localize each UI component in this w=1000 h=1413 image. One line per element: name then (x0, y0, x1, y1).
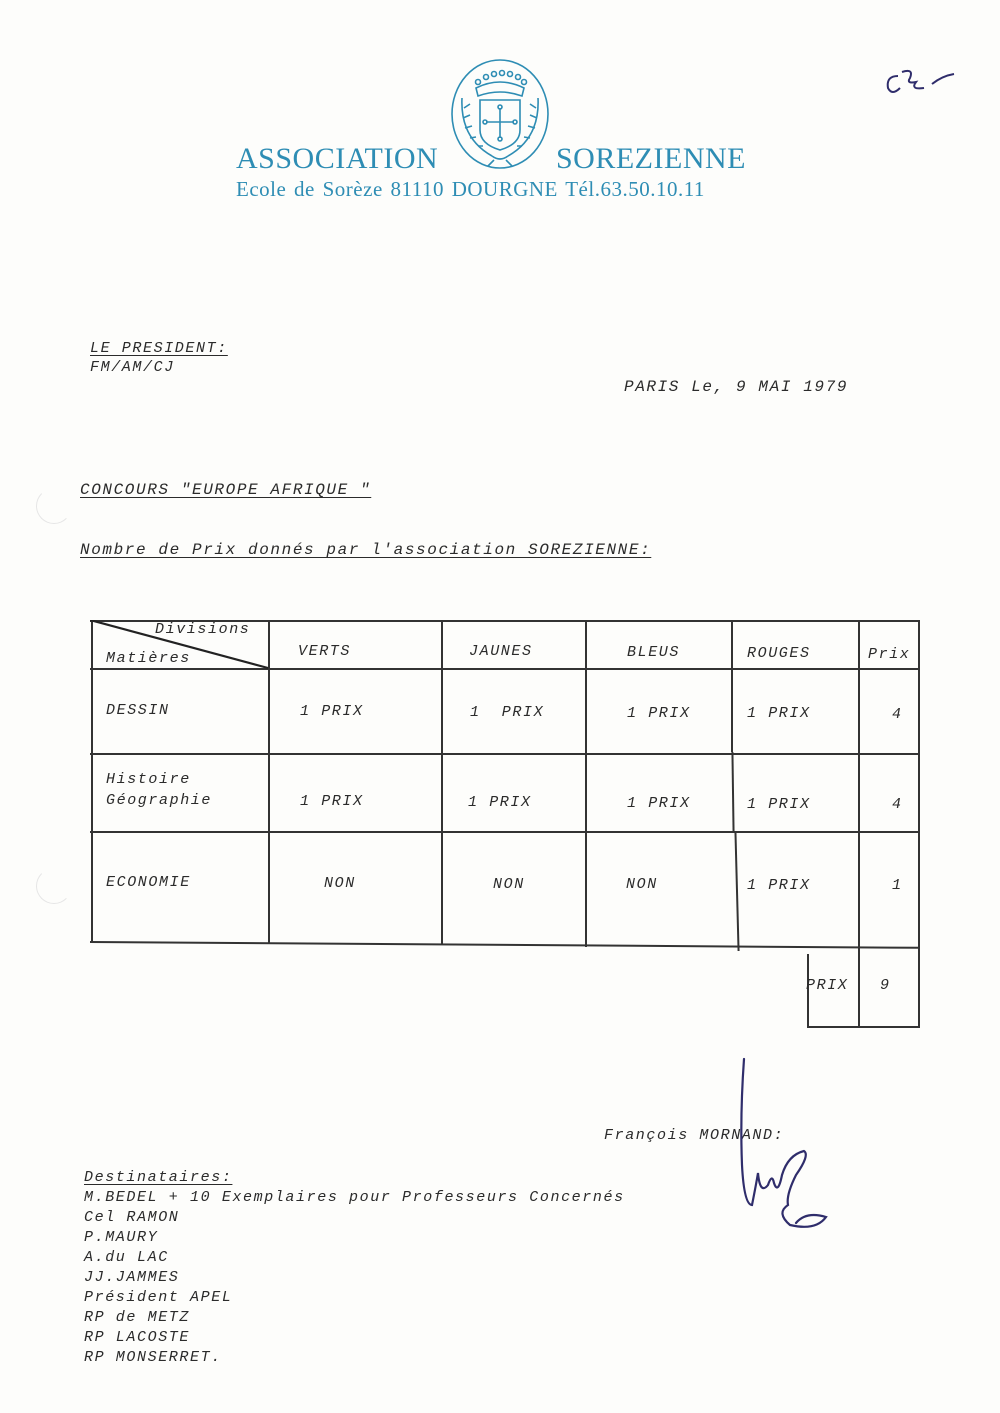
cell-economie-bleus: NON (626, 876, 658, 893)
handwritten-signature (726, 1055, 836, 1235)
header-divisions: Divisions (155, 621, 250, 638)
recipient-item: RP MONSERRET. (84, 1348, 625, 1368)
recipient-item: Cel RAMON (84, 1208, 625, 1228)
cell-dessin-rouges: 1 PRIX (747, 705, 811, 722)
cell-economie-jaunes: NON (493, 876, 525, 893)
recipients-heading: Destinataires: (84, 1168, 625, 1188)
grand-total-label: PRIX (806, 977, 848, 994)
row-subject-dessin: DESSIN (106, 702, 170, 719)
row-subject-economie: ECONOMIE (106, 874, 191, 891)
cell-dessin-verts: 1 PRIX (300, 703, 364, 720)
row-subject-geographie: Géographie (106, 792, 212, 809)
column-header-jaunes: JAUNES (469, 643, 533, 660)
cell-economie-rouges: 1 PRIX (747, 877, 811, 894)
cell-dessin-bleus: 1 PRIX (627, 705, 691, 722)
cell-histgeo-total: 4 (892, 796, 903, 813)
row-subject-histoire: Histoire (106, 771, 191, 788)
grand-total-value: 9 (880, 977, 891, 994)
column-header-prix: Prix (868, 646, 910, 663)
cell-histgeo-verts: 1 PRIX (300, 793, 364, 810)
cell-dessin-total: 4 (892, 706, 903, 723)
column-header-rouges: ROUGES (747, 645, 811, 662)
cell-economie-total: 1 (892, 877, 903, 894)
header-matieres: Matières (106, 650, 191, 667)
column-header-bleus: BLEUS (627, 644, 680, 661)
cell-economie-verts: NON (324, 875, 356, 892)
cell-dessin-jaunes: 1 PRIX (470, 704, 544, 721)
recipient-item: Président APEL (84, 1288, 625, 1308)
recipient-item: RP LACOSTE (84, 1328, 625, 1348)
cell-histgeo-jaunes: 1 PRIX (468, 794, 532, 811)
recipient-item: RP de METZ (84, 1308, 625, 1328)
recipient-item: P.MAURY (84, 1228, 625, 1248)
cell-histgeo-bleus: 1 PRIX (627, 795, 691, 812)
cell-histgeo-rouges: 1 PRIX (747, 796, 811, 813)
recipient-item: A.du LAC (84, 1248, 625, 1268)
recipient-item: JJ.JAMMES (84, 1268, 625, 1288)
recipient-item: M.BEDEL + 10 Exemplaires pour Professeur… (84, 1188, 625, 1208)
recipients-block: Destinataires: M.BEDEL + 10 Exemplaires … (84, 1168, 625, 1368)
column-header-verts: VERTS (298, 643, 351, 660)
